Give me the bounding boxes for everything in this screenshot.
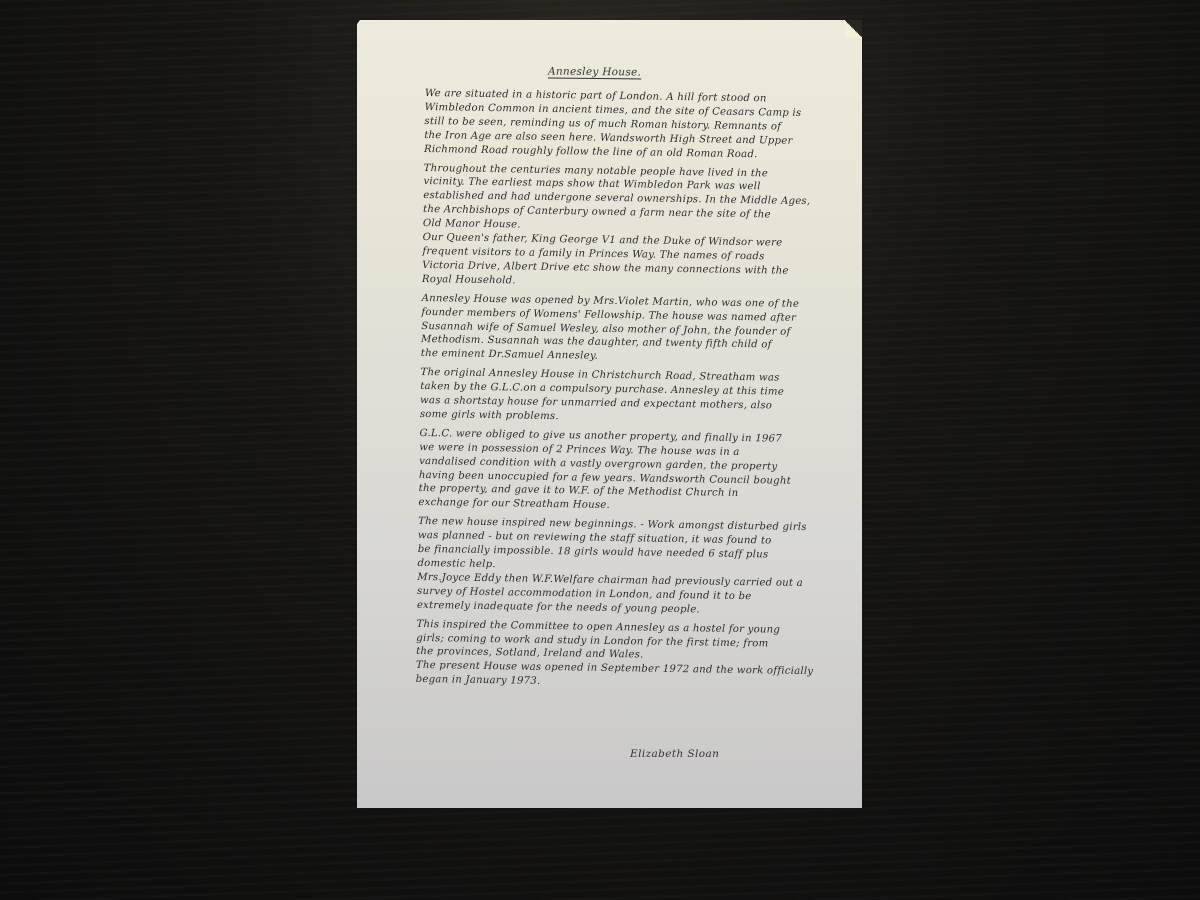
paragraph-history: We are situated in a historic part of Lo… bbox=[424, 87, 825, 163]
paragraph-hostel: This inspired the Committee to open Anne… bbox=[416, 618, 817, 666]
document-body: We are situated in a historic part of Lo… bbox=[415, 87, 824, 698]
paragraph-survey: Mrs.Joyce Eddy then W.F.Welfare chairman… bbox=[417, 571, 818, 619]
document-title: Annesley House. bbox=[548, 66, 641, 79]
paragraph-notable-people: Throughout the centuries many notable pe… bbox=[423, 162, 824, 238]
paragraph-original-house: The original Annesley House in Christchu… bbox=[420, 366, 821, 428]
signature: Elizabeth Sloan bbox=[630, 748, 719, 760]
paragraph-present-house: The present House was opened in Septembe… bbox=[416, 659, 816, 693]
paragraph-opening: Annesley House was opened by Mrs.Violet … bbox=[421, 292, 822, 368]
paragraph-royal: Our Queen's father, King George V1 and t… bbox=[422, 231, 823, 293]
folded-corner bbox=[845, 20, 862, 38]
paragraph-new-beginnings: The new house inspired new beginnings. -… bbox=[417, 515, 818, 577]
paragraph-new-property: G.L.C. were obliged to give us another p… bbox=[418, 427, 819, 517]
